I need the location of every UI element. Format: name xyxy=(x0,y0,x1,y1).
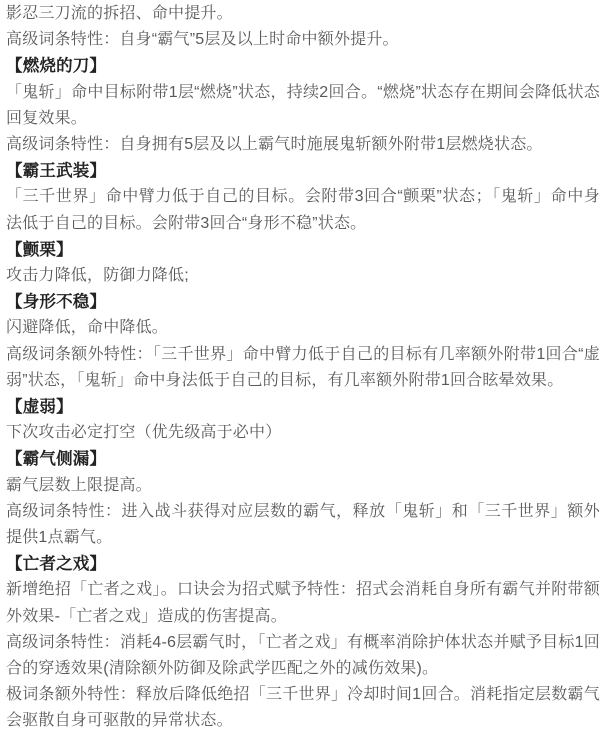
paragraph: 闪避降低，命中降低。 xyxy=(6,315,600,341)
paragraph: 霸气层数上限提高。 xyxy=(6,473,600,499)
paragraph: 「鬼斩」命中目标附带1层“燃烧”状态，持续2回合。“燃烧”状态存在期间会降低状态… xyxy=(6,80,600,132)
paragraph: 新增绝招「亡者之戏」。口诀会为招式赋予特性：招式会消耗自身所有霸气并附带额外效果… xyxy=(6,577,600,629)
section-heading: 【虚弱】 xyxy=(6,394,600,420)
paragraph: 高级词条特性：进入战斗获得对应层数的霸气，释放「鬼斩」和「三千世界」额外提供1点… xyxy=(6,499,600,551)
paragraph: 攻击力降低，防御力降低; xyxy=(6,263,600,289)
paragraph: 高级词条特性：消耗4-6层霸气时，「亡者之戏」有概率消除护体状态并赋予目标1回合… xyxy=(6,630,600,682)
section-heading: 【霸王武装】 xyxy=(6,158,600,184)
section-heading: 【身形不稳】 xyxy=(6,289,600,315)
section-heading: 【颤栗】 xyxy=(6,237,600,263)
paragraph: 高级词条特性：自身拥有5层及以上霸气时施展鬼斩额外附带1层燃烧状态。 xyxy=(6,132,600,158)
paragraph: 高级词条特性：自身“霸气”5层及以上时命中额外提升。 xyxy=(6,27,600,53)
paragraph: 下次攻击必定打空（优先级高于必中） xyxy=(6,420,600,446)
article-body: 影忍三刀流的拆招、命中提升。高级词条特性：自身“霸气”5层及以上时命中额外提升。… xyxy=(0,0,608,735)
paragraph: 高级词条额外特性：「三千世界」命中臂力低于自己的目标有几率额外附带1回合“虚弱”… xyxy=(6,342,600,394)
section-heading: 【燃烧的刀】 xyxy=(6,53,600,79)
section-heading: 【亡者之戏】 xyxy=(6,551,600,577)
paragraph: 极词条额外特性：释放后降低绝招「三千世界」冷却时间1回合。消耗指定层数霸气会驱散… xyxy=(6,682,600,734)
paragraph: 影忍三刀流的拆招、命中提升。 xyxy=(6,1,600,27)
paragraph: 「三千世界」命中臂力低于自己的目标。会附带3回合“颤栗”状态；「鬼斩」命中身法低… xyxy=(6,184,600,236)
section-heading: 【霸气侧漏】 xyxy=(6,446,600,472)
